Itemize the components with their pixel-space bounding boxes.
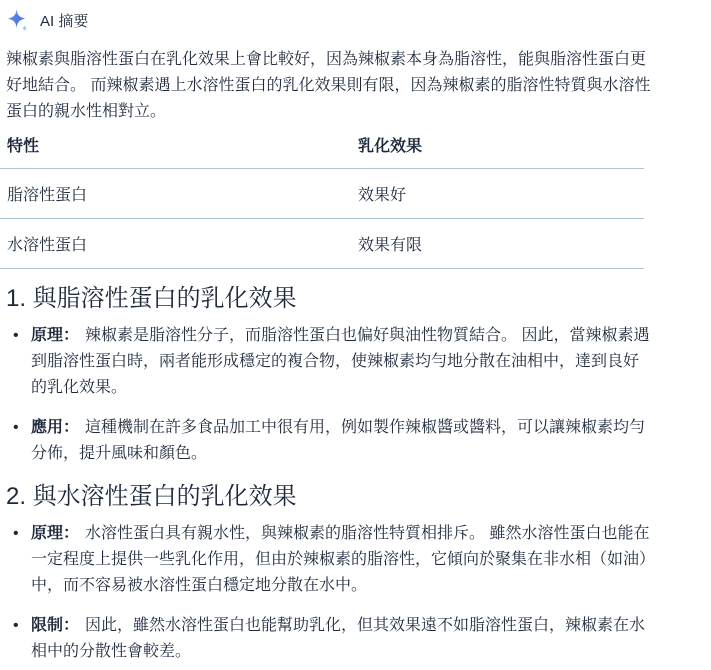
ai-summary-header: AI 摘要	[6, 8, 701, 32]
intro-paragraph: 辣椒素與脂溶性蛋白在乳化效果上會比較好，因為辣椒素本身為脂溶性，能與脂溶性蛋白更…	[6, 47, 654, 125]
bullet-text: 辣椒素是脂溶性分子，而脂溶性蛋白也偏好與油性物質結合。 因此，當辣椒素遇到脂溶性…	[31, 327, 649, 396]
table-header-effect: 乳化效果	[358, 133, 644, 169]
ai-summary-panel: AI 摘要 辣椒素與脂溶性蛋白在乳化效果上會比較好，因為辣椒素本身為脂溶性，能與…	[0, 0, 711, 670]
bullet-text: 這種機制在許多食品加工中很有用，例如製作辣椒醬或醬料，可以讓辣椒素均勻分佈，提升…	[31, 419, 645, 462]
list-item: 限制：因此，雖然水溶性蛋白也能幫助乳化，但其效果遠不如脂溶性蛋白，辣椒素在水相中…	[6, 613, 654, 665]
ai-summary-title: AI 摘要	[40, 10, 88, 31]
table-cell-effect: 效果好	[358, 169, 644, 219]
section-2-list: 原理：水溶性蛋白具有親水性，與辣椒素的脂溶性特質相排斥。 雖然水溶性蛋白也能在一…	[6, 521, 654, 665]
table-cell-effect: 效果有限	[358, 219, 644, 269]
section-1-title: 1. 與脂溶性蛋白的乳化效果	[6, 284, 701, 314]
table-row: 水溶性蛋白 效果有限	[0, 219, 644, 269]
section-1-list: 原理：辣椒素是脂溶性分子，而脂溶性蛋白也偏好與油性物質結合。 因此，當辣椒素遇到…	[6, 323, 654, 467]
list-item: 應用：這種機制在許多食品加工中很有用，例如製作辣椒醬或醬料，可以讓辣椒素均勻分佈…	[6, 415, 654, 467]
table-cell-protein: 脂溶性蛋白	[0, 169, 358, 219]
sparkle-icon	[6, 9, 29, 32]
bullet-label: 原理：	[31, 525, 79, 542]
bullet-text: 水溶性蛋白具有親水性，與辣椒素的脂溶性特質相排斥。 雖然水溶性蛋白也能在一定程度…	[31, 525, 649, 594]
section-2-title: 2. 與水溶性蛋白的乳化效果	[6, 482, 701, 512]
table-cell-protein: 水溶性蛋白	[0, 219, 358, 269]
list-item: 原理：水溶性蛋白具有親水性，與辣椒素的脂溶性特質相排斥。 雖然水溶性蛋白也能在一…	[6, 521, 654, 599]
bullet-label: 原理：	[31, 327, 79, 344]
list-item: 原理：辣椒素是脂溶性分子，而脂溶性蛋白也偏好與油性物質結合。 因此，當辣椒素遇到…	[6, 323, 654, 401]
bullet-label: 限制：	[31, 617, 79, 634]
bullet-label: 應用：	[31, 419, 79, 436]
table-row: 脂溶性蛋白 效果好	[0, 169, 644, 219]
table-header-row: 特性 乳化效果	[0, 133, 644, 169]
comparison-table: 特性 乳化效果 脂溶性蛋白 效果好 水溶性蛋白 效果有限	[0, 133, 644, 269]
table-header-characteristic: 特性	[0, 133, 358, 169]
bullet-text: 因此，雖然水溶性蛋白也能幫助乳化，但其效果遠不如脂溶性蛋白，辣椒素在水相中的分散…	[31, 617, 645, 660]
